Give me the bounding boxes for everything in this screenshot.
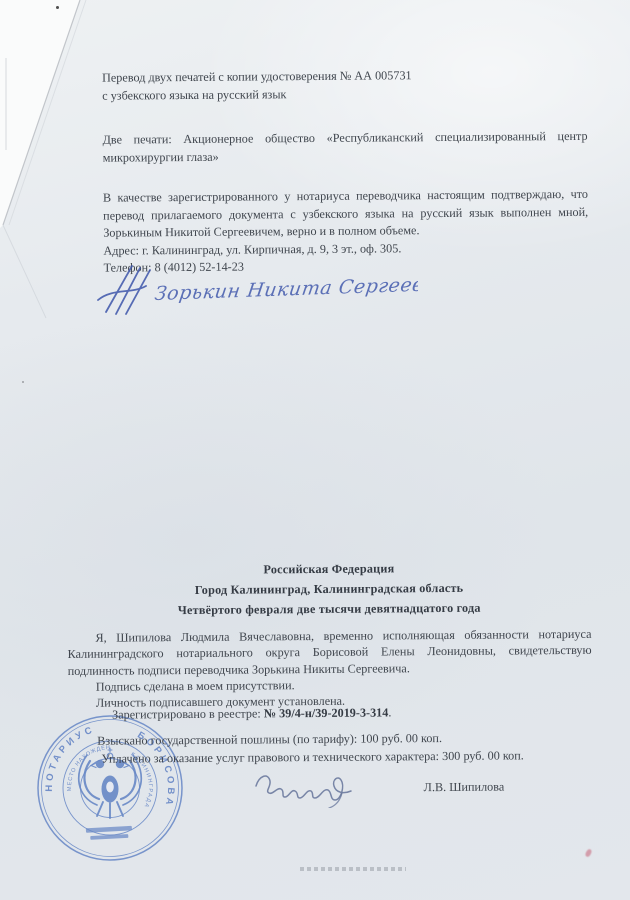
registry-suffix: . — [388, 705, 391, 719]
translator-signature-text: Зорькин Никита Сергеевич — [153, 272, 418, 305]
notary-signature-handwriting — [246, 756, 376, 808]
signature-flourish — [98, 266, 150, 314]
notary-name: Л.В. Шипилова — [424, 779, 505, 796]
registry-number: № 39/4-н/39-2019-3-314 — [264, 705, 389, 720]
seals-line: микрохирургии глаза» — [103, 145, 588, 166]
ink-speck — [56, 6, 59, 9]
seals-paragraph: Две печати: Акционерное общество «Респуб… — [102, 128, 587, 167]
micro-print-artifact — [300, 867, 406, 871]
translator-signature-handwriting: Зорькин Никита Сергеевич — [88, 258, 418, 320]
intro-paragraph: Перевод двух печатей с копии удостоверен… — [102, 66, 587, 105]
attestation-paragraph: Я, Шипилова Людмила Вячеславовна, времен… — [67, 626, 592, 712]
date-header: Четвёртого февраля две тысячи девятнадца… — [67, 597, 591, 621]
fee-duty-line: Взыскано государственной пошлины (по тар… — [97, 730, 442, 749]
registry-line: Зарегистрировано в реестре: № 39/4-н/39-… — [112, 704, 391, 722]
registry-prefix: Зарегистрировано в реестре: — [112, 706, 264, 721]
intro-line: с узбекского языка на русский язык — [102, 83, 587, 104]
ink-speck — [22, 381, 24, 383]
